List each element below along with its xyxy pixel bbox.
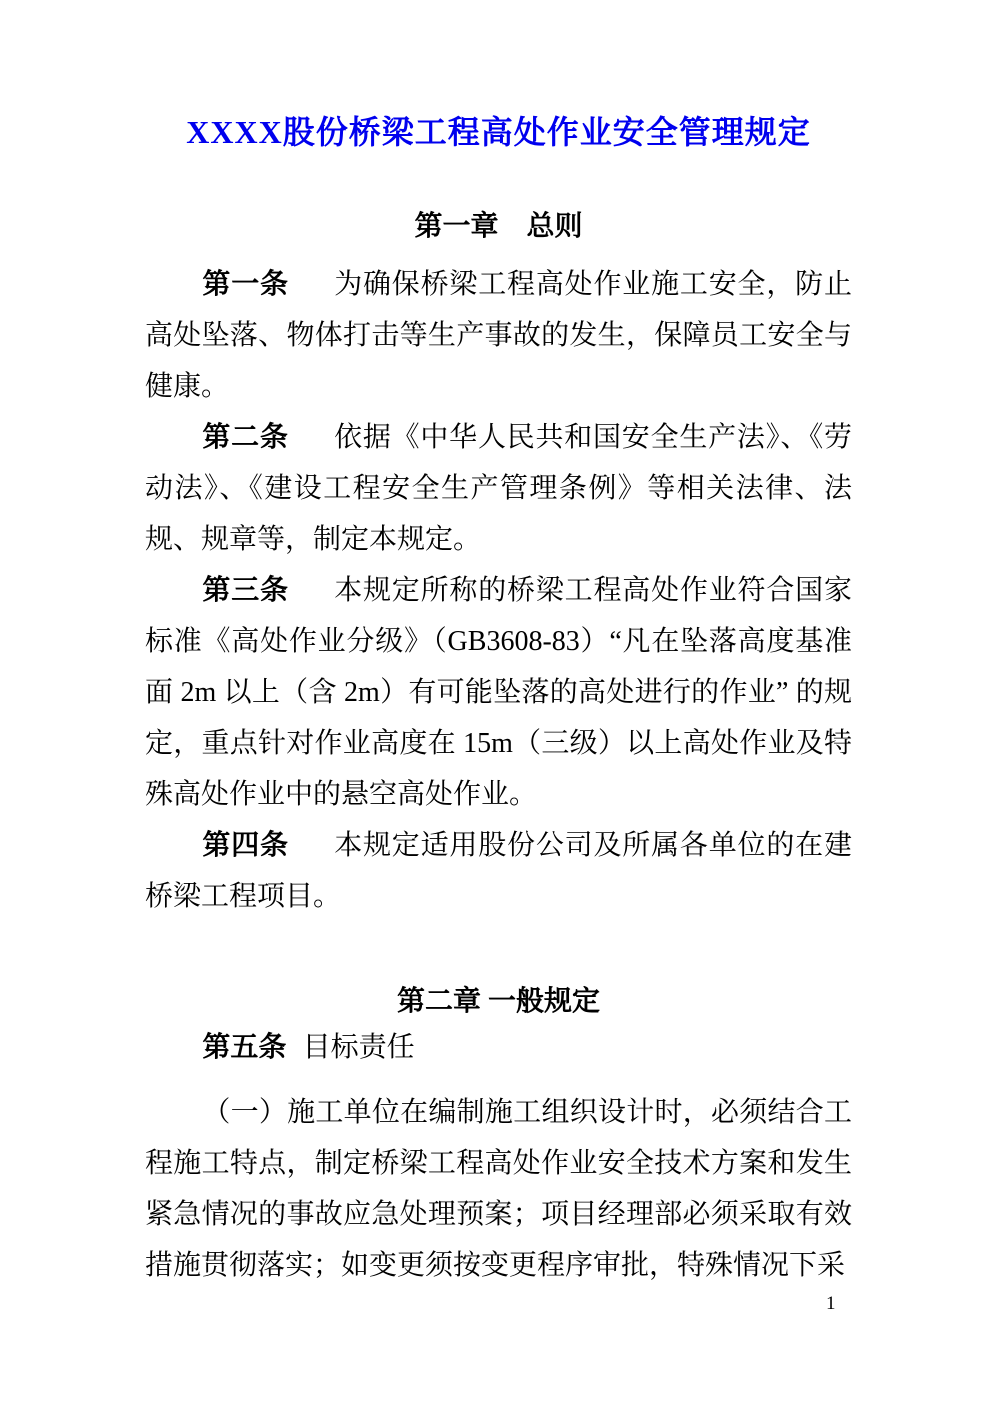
article-2-label: 第二条 [202,422,288,453]
page-number: 1 [826,1292,836,1316]
article-2: 第二条依据《中华人民共和国安全生产法》、《劳动法》、《建设工程安全生产管理条例》… [145,412,852,565]
article-3-label: 第三条 [202,575,288,606]
chapter-1-heading: 第一章 总则 [145,207,852,247]
document-title: XXXX股份桥梁工程高处作业安全管理规定 [145,108,852,156]
article-4: 第四条本规定适用股份公司及所属各单位的在建桥梁工程项目。 [145,820,852,922]
article-5-text: 目标责任 [303,1032,415,1063]
article-1: 第一条为确保桥梁工程高处作业施工安全，防止高处坠落、物体打击等生产事故的发生，保… [145,259,852,412]
article-5-label: 第五条 [202,1032,286,1063]
clause-1-paragraph: （一）施工单位在编制施工组织设计时，必须结合工程施工特点，制定桥梁工程高处作业安… [145,1087,852,1291]
article-3: 第三条本规定所称的桥梁工程高处作业符合国家标准《高处作业分级》（GB3608-8… [145,565,852,820]
article-5: 第五条目标责任 [145,1022,852,1073]
chapter-2-heading: 第二章 一般规定 [145,982,852,1022]
article-1-label: 第一条 [202,269,288,300]
page-content: XXXX股份桥梁工程高处作业安全管理规定 第一章 总则 第一条为确保桥梁工程高处… [0,0,993,1291]
document-page: XXXX股份桥梁工程高处作业安全管理规定 第一章 总则 第一条为确保桥梁工程高处… [0,0,993,1404]
article-4-label: 第四条 [202,830,288,861]
article-3-text: 本规定所称的桥梁工程高处作业符合国家标准《高处作业分级》（GB3608-83）“… [145,575,852,810]
